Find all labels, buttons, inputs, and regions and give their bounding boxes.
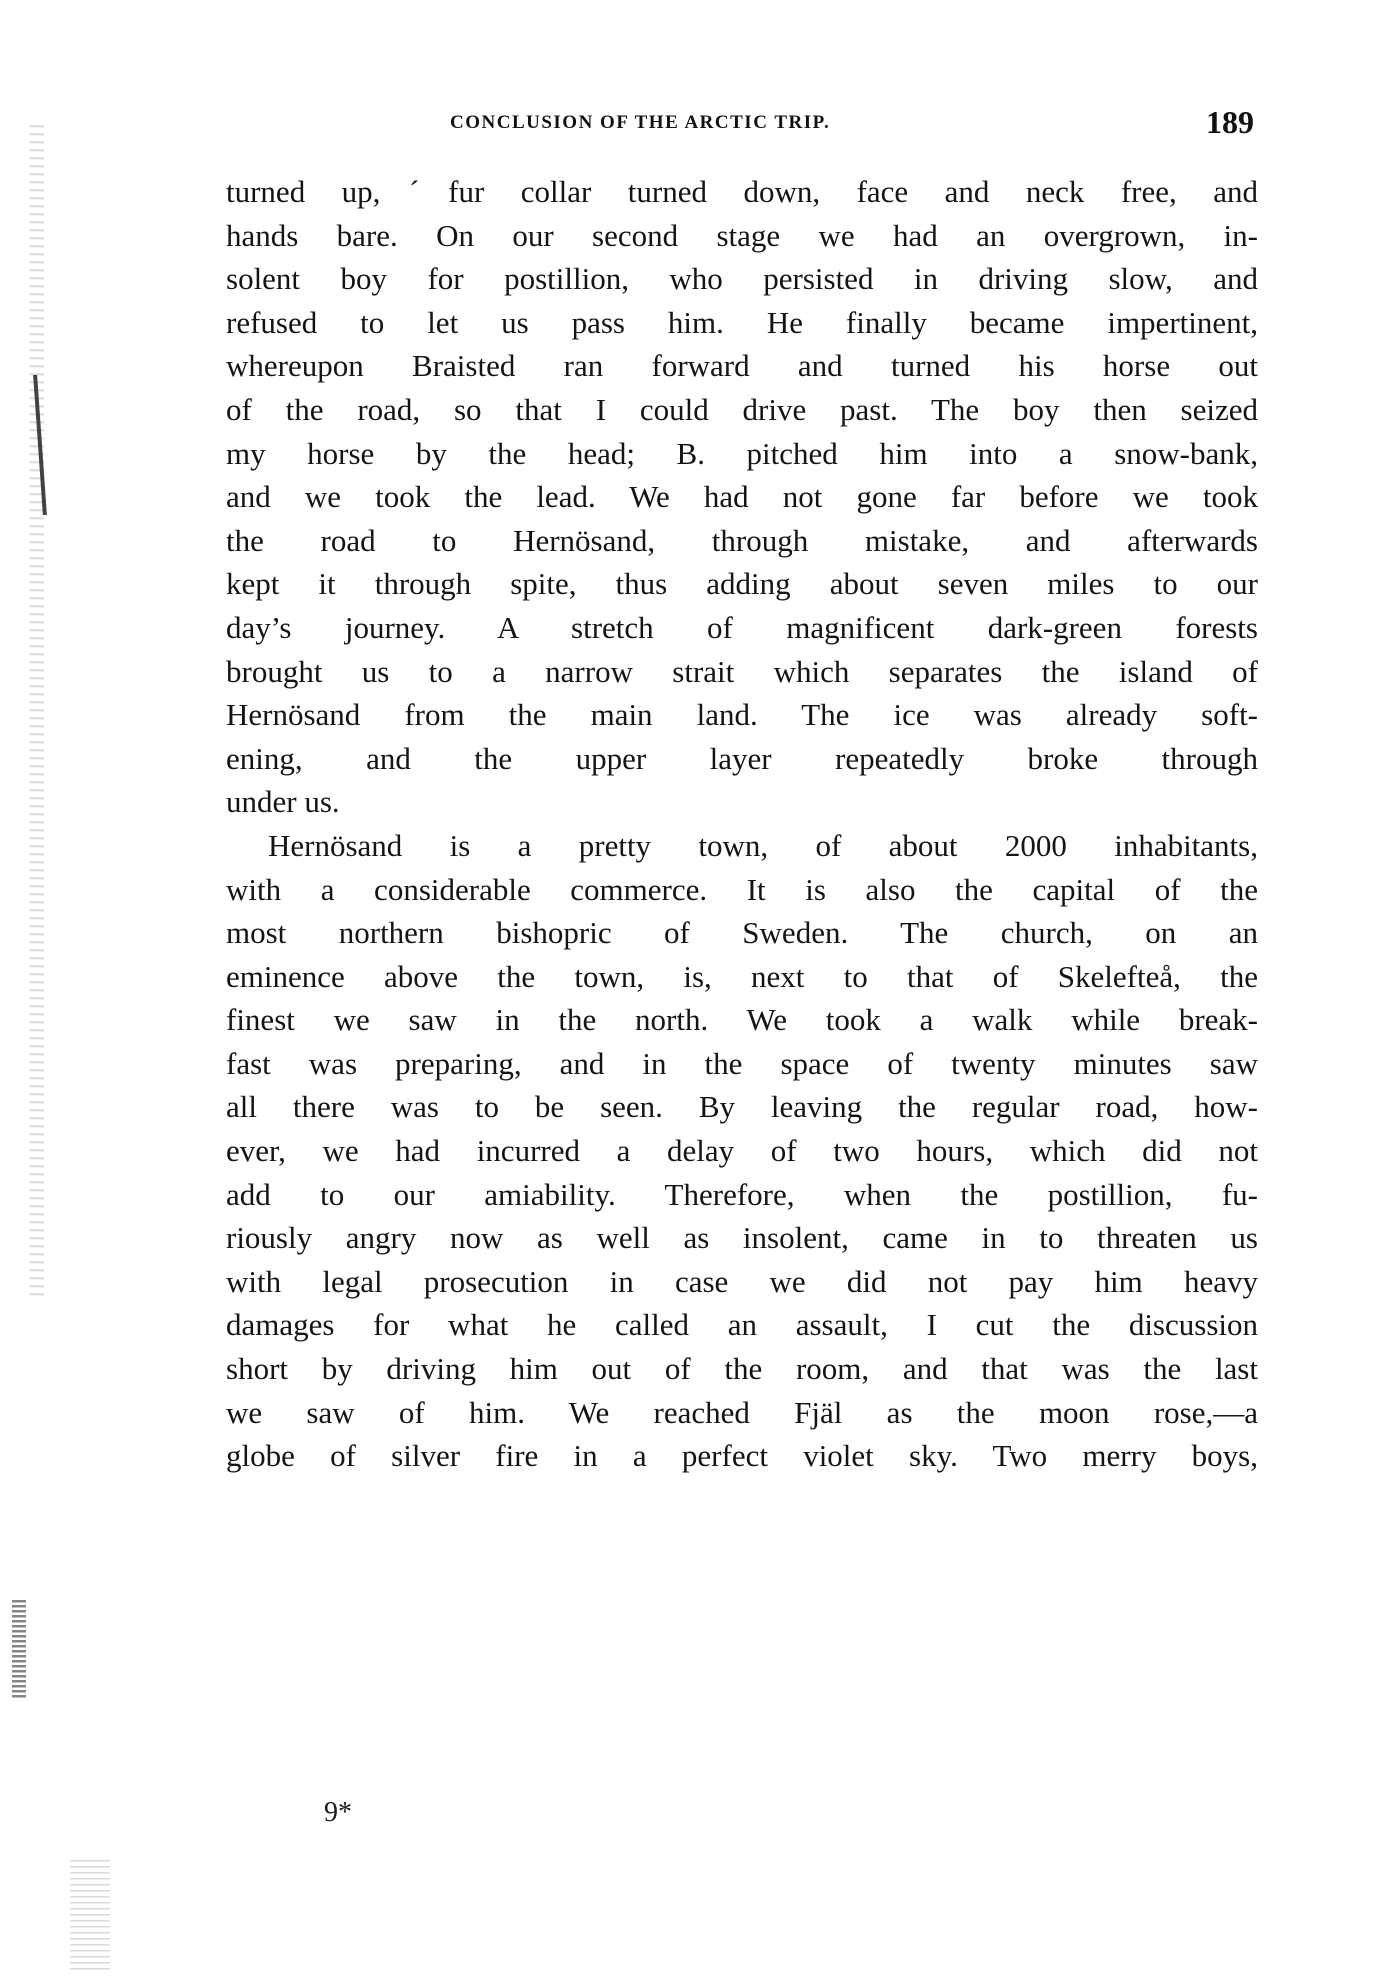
paragraph-1: turned up,ˊfur collar turned down, face … [226, 170, 1258, 824]
paragraph-2: Hernösand is a pretty town, of about 200… [226, 824, 1258, 1478]
page-number: 189 [1206, 104, 1254, 141]
text-line: day’s journey. A stretch of magnificent … [226, 606, 1258, 650]
text-line: ening, and the upper layer repeatedly br… [226, 737, 1258, 781]
book-page: Conclusion of the Arctic Trip. 189 turne… [0, 0, 1375, 1980]
running-head-title: Conclusion of the Arctic Trip. [450, 112, 830, 134]
text-line: short by driving him out of the room, an… [226, 1347, 1258, 1391]
text-line: my horse by the head; B. pitched him int… [226, 432, 1258, 476]
body-text: turned up,ˊfur collar turned down, face … [226, 170, 1258, 1478]
text-line: whereupon Braisted ran forward and turne… [226, 344, 1258, 388]
text-line: refused to let us pass him. He finally b… [226, 301, 1258, 345]
text-line: eminence above the town, is, next to tha… [226, 955, 1258, 999]
text-line: Hernösand from the main land. The ice wa… [226, 693, 1258, 737]
scan-bottom-artifact [70, 1860, 110, 1970]
text-line: damages for what he called an assault, I… [226, 1303, 1258, 1347]
text-line: kept it through spite, thus adding about… [226, 562, 1258, 606]
text-line: with legal prosecution in case we did no… [226, 1260, 1258, 1304]
running-head: Conclusion of the Arctic Trip. 189 [228, 104, 1258, 144]
text-line: all there was to be seen. By leaving the… [226, 1085, 1258, 1129]
text-line: fast was preparing, and in the space of … [226, 1042, 1258, 1086]
text-line: with a considerable commerce. It is also… [226, 868, 1258, 912]
text-line: hands bare. On our second stage we had a… [226, 214, 1258, 258]
text-line: riously angry now as well as insolent, c… [226, 1216, 1258, 1260]
text-line: solent boy for postillion, who persisted… [226, 257, 1258, 301]
text-line: ever, we had incurred a delay of two hou… [226, 1129, 1258, 1173]
text-line: of the road, so that I could drive past.… [226, 388, 1258, 432]
text-line: turned up,ˊfur collar turned down, face … [226, 170, 1258, 214]
text-line: the road to Hernösand, through mistake, … [226, 519, 1258, 563]
scan-gutter-artifact [12, 1600, 26, 1700]
scan-gutter-speckle [30, 120, 44, 1300]
text-line: under us. [226, 780, 1258, 824]
text-line: we saw of him. We reached Fjäl as the mo… [226, 1391, 1258, 1435]
text-line: most northern bishopric of Sweden. The c… [226, 911, 1258, 955]
text-line: Hernösand is a pretty town, of about 200… [226, 824, 1258, 868]
signature-mark: 9* [324, 1797, 352, 1829]
text-line: add to our amiability. Therefore, when t… [226, 1173, 1258, 1217]
text-line: and we took the lead. We had not gone fa… [226, 475, 1258, 519]
text-line: brought us to a narrow strait which sepa… [226, 650, 1258, 694]
text-line: globe of silver fire in a perfect violet… [226, 1434, 1258, 1478]
text-line: finest we saw in the north. We took a wa… [226, 998, 1258, 1042]
